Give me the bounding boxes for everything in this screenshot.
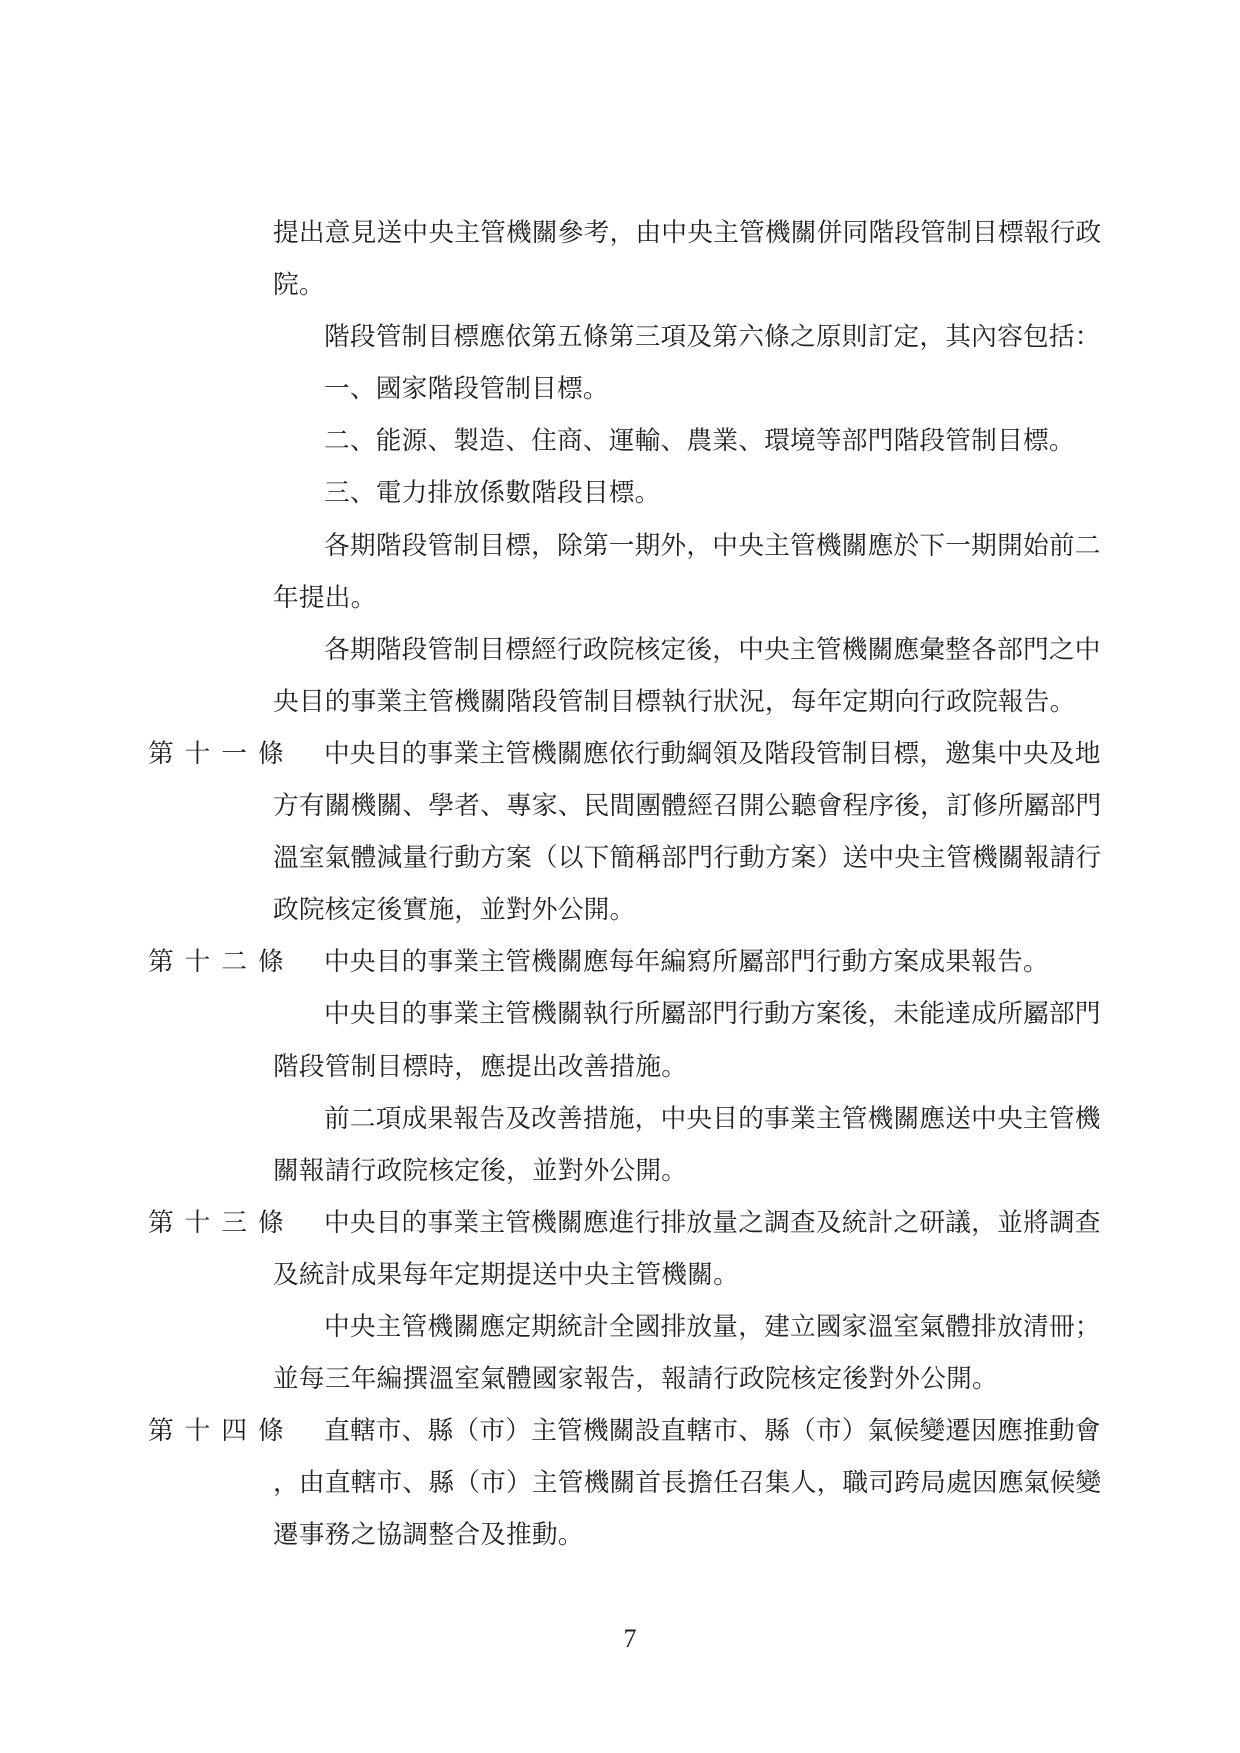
line-text: 各期階段管制目標，除第一期外，中央主管機關應於下一期開始前二	[324, 531, 1101, 560]
text-line: 溫室氣體減量行動方案（以下簡稱部門行動方案）送中央主管機關報請行	[0, 832, 1240, 884]
text-line: 二、能源、製造、住商、運輸、農業、環境等部門階段管制目標。	[0, 415, 1240, 467]
text-line: 央目的事業主管機關階段管制目標執行狀況，每年定期向行政院報告。	[0, 676, 1240, 728]
text-line: 第十二條中央目的事業主管機關應每年編寫所屬部門行動方案成果報告。	[0, 936, 1240, 988]
line-text: 三、電力排放係數階段目標。	[324, 478, 661, 507]
text-line: 中央目的事業主管機關執行所屬部門行動方案後，未能達成所屬部門	[0, 988, 1240, 1040]
text-line: 階段管制目標時，應提出改善措施。	[0, 1041, 1240, 1093]
line-text: 直轄市、縣（市）主管機關設直轄市、縣（市）氣候變遷因應推動會	[324, 1416, 1101, 1445]
article-number-label: 第十四條	[148, 1405, 324, 1457]
document-body: 提出意見送中央主管機關參考，由中央主管機關併同階段管制目標報行政院。階段管制目標…	[0, 207, 1240, 1561]
document-page: 提出意見送中央主管機關參考，由中央主管機關併同階段管制目標報行政院。階段管制目標…	[0, 0, 1240, 1753]
text-line: 階段管制目標應依第五條第三項及第六條之原則訂定，其內容包括：	[0, 311, 1240, 363]
text-line: 前二項成果報告及改善措施，中央目的事業主管機關應送中央主管機	[0, 1093, 1240, 1145]
text-line: 及統計成果每年定期提送中央主管機關。	[0, 1249, 1240, 1301]
line-text: 政院核定後實施，並對外公開。	[273, 895, 635, 924]
text-line: 第十一條中央目的事業主管機關應依行動綱領及階段管制目標，邀集中央及地	[0, 728, 1240, 780]
article-number-label: 第十二條	[148, 936, 324, 988]
text-line: 三、電力排放係數階段目標。	[0, 467, 1240, 519]
text-line: 中央主管機關應定期統計全國排放量，建立國家溫室氣體排放清冊；	[0, 1301, 1240, 1353]
text-line: 關報請行政院核定後，並對外公開。	[0, 1145, 1240, 1197]
line-text: 方有關機關、學者、專家、民間團體經召開公聽會程序後，訂修所屬部門	[273, 791, 1101, 820]
line-text: 二、能源、製造、住商、運輸、農業、環境等部門階段管制目標。	[324, 426, 1075, 455]
text-line: 各期階段管制目標經行政院核定後，中央主管機關應彙整各部門之中	[0, 624, 1240, 676]
line-text: 中央目的事業主管機關應每年編寫所屬部門行動方案成果報告。	[324, 947, 1049, 976]
line-text: 及統計成果每年定期提送中央主管機關。	[273, 1260, 739, 1289]
text-line: 第十三條中央目的事業主管機關應進行排放量之調查及統計之研議，並將調查	[0, 1197, 1240, 1249]
line-text: 央目的事業主管機關階段管制目標執行狀況，每年定期向行政院報告。	[273, 687, 1076, 716]
line-text: 階段管制目標應依第五條第三項及第六條之原則訂定，其內容包括：	[324, 322, 1101, 351]
line-text: ，由直轄市、縣（市）主管機關首長擔任召集人，職司跨局處因應氣候變	[273, 1468, 1101, 1497]
line-text: 關報請行政院核定後，並對外公開。	[273, 1156, 687, 1185]
text-line: 政院核定後實施，並對外公開。	[0, 884, 1240, 936]
line-text: 並每三年編撰溫室氣體國家報告，報請行政院核定後對外公開。	[273, 1364, 998, 1393]
line-text: 年提出。	[273, 583, 377, 612]
article-number-label: 第十三條	[148, 1197, 324, 1249]
line-text: 中央目的事業主管機關執行所屬部門行動方案後，未能達成所屬部門	[324, 999, 1101, 1028]
line-text: 院。	[273, 270, 325, 299]
text-line: 遷事務之協調整合及推動。	[0, 1509, 1240, 1561]
text-line: 一、國家階段管制目標。	[0, 363, 1240, 415]
text-line: 提出意見送中央主管機關參考，由中央主管機關併同階段管制目標報行政	[0, 207, 1240, 259]
line-text: 一、國家階段管制目標。	[324, 374, 609, 403]
text-line: 各期階段管制目標，除第一期外，中央主管機關應於下一期開始前二	[0, 520, 1240, 572]
line-text: 遷事務之協調整合及推動。	[273, 1520, 584, 1549]
line-text: 階段管制目標時，應提出改善措施。	[273, 1052, 687, 1081]
text-line: 方有關機關、學者、專家、民間團體經召開公聽會程序後，訂修所屬部門	[0, 780, 1240, 832]
line-text: 中央目的事業主管機關應依行動綱領及階段管制目標，邀集中央及地	[324, 739, 1101, 768]
line-text: 中央目的事業主管機關應進行排放量之調查及統計之研議，並將調查	[324, 1208, 1101, 1237]
page-number: 7	[560, 1613, 700, 1665]
text-line: 院。	[0, 259, 1240, 311]
text-line: 第十四條直轄市、縣（市）主管機關設直轄市、縣（市）氣候變遷因應推動會	[0, 1405, 1240, 1457]
article-number-label: 第十一條	[148, 728, 324, 780]
line-text: 溫室氣體減量行動方案（以下簡稱部門行動方案）送中央主管機關報請行	[273, 843, 1101, 872]
line-text: 各期階段管制目標經行政院核定後，中央主管機關應彙整各部門之中	[324, 635, 1101, 664]
line-text: 前二項成果報告及改善措施，中央目的事業主管機關應送中央主管機	[324, 1104, 1101, 1133]
text-line: 並每三年編撰溫室氣體國家報告，報請行政院核定後對外公開。	[0, 1353, 1240, 1405]
line-text: 提出意見送中央主管機關參考，由中央主管機關併同階段管制目標報行政	[273, 218, 1101, 247]
text-line: 年提出。	[0, 572, 1240, 624]
line-text: 中央主管機關應定期統計全國排放量，建立國家溫室氣體排放清冊；	[324, 1312, 1101, 1341]
text-line: ，由直轄市、縣（市）主管機關首長擔任召集人，職司跨局處因應氣候變	[0, 1457, 1240, 1509]
